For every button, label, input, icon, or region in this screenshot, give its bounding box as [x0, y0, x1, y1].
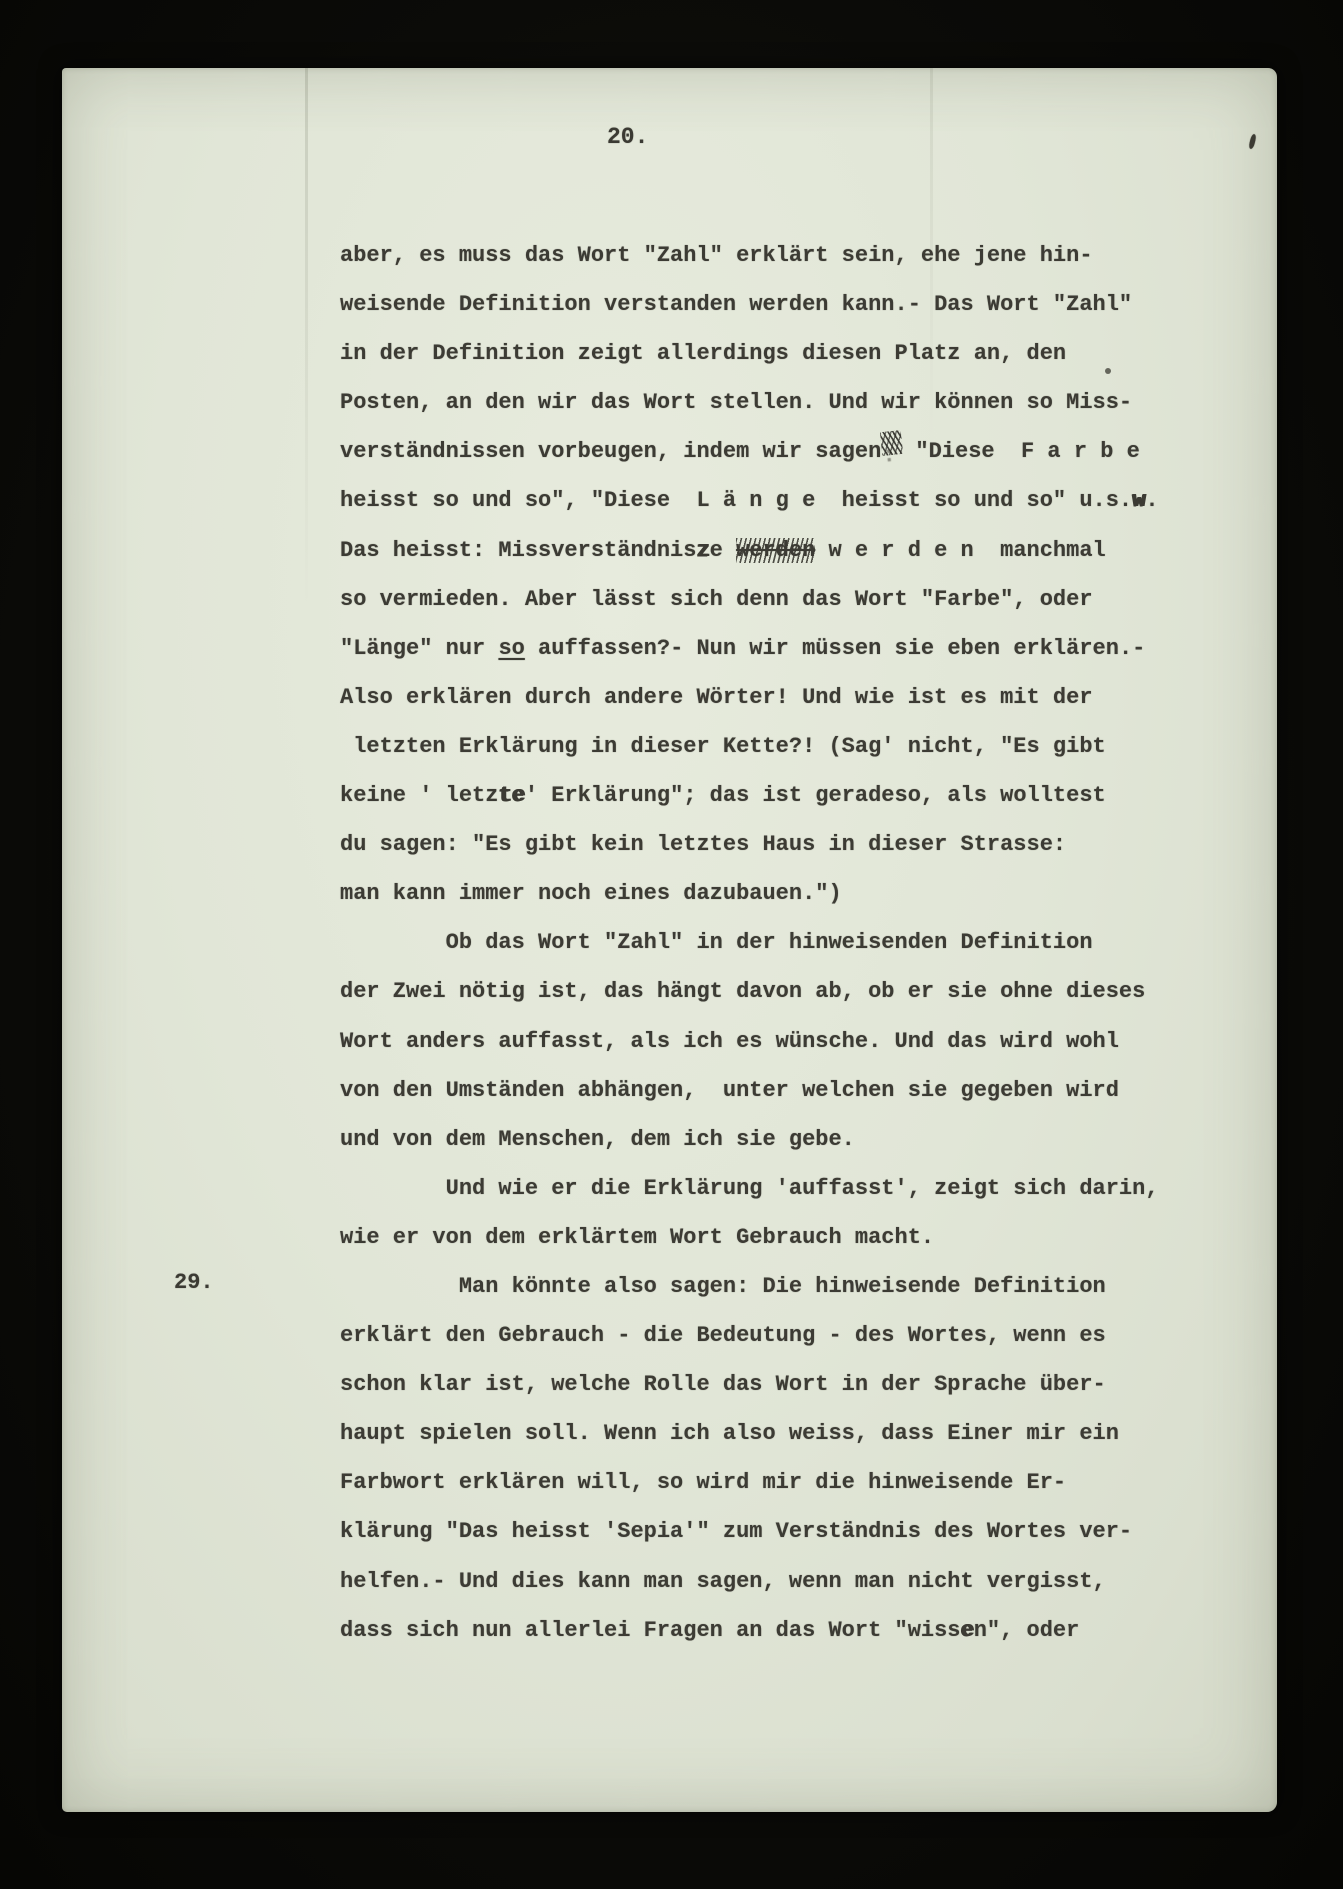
text-segment: w e r d e n manchmal [815, 538, 1105, 563]
text-line: haupt spielen soll. Wenn ich also weiss,… [340, 1409, 1200, 1458]
text-line: aber, es muss das Wort "Zahl" erklärt se… [340, 231, 1200, 280]
typewritten-text-block: aber, es muss das Wort "Zahl" erklärt se… [340, 231, 1200, 1655]
text-line: in der Definition zeigt allerdings diese… [340, 329, 1200, 378]
text-segment: auffassen?- Nun wir müssen sie eben erkl… [525, 636, 1146, 661]
text-segment: Posten, an den wir das Wort stellen. Und… [340, 390, 1132, 415]
text-segment: dass sich nun allerlei Fragen an das Wor… [340, 1618, 961, 1643]
text-segment: n", oder [974, 1618, 1080, 1643]
text-line: Ob das Wort "Zahl" in der hinweisenden D… [340, 918, 1200, 967]
text-line: keine ' letzte' Erklärung"; das ist gera… [340, 771, 1200, 820]
text-line: erklärt den Gebrauch - die Bedeutung - d… [340, 1311, 1200, 1360]
text-segment: schon klar ist, welche Rolle das Wort in… [340, 1372, 1106, 1397]
text-segment: der Zwei nötig ist, das hängt davon ab, … [340, 979, 1145, 1004]
text-segment: ' Erklärung"; das ist geradeso, als woll… [525, 783, 1106, 808]
text-segment: "Diese F a r b e [902, 439, 1140, 464]
text-line: heisst so und so", "Diese L ä n g e heis… [340, 476, 1200, 525]
text-line: weisende Definition verstanden werden ka… [340, 280, 1200, 329]
text-segment: e [710, 538, 736, 563]
text-segment: w [1132, 488, 1145, 513]
page-number: 20. [607, 124, 648, 150]
margin-section-number: 29. [174, 1270, 214, 1295]
text-segment: keine ' letz [340, 783, 498, 808]
text-line: von den Umständen abhängen, unter welche… [340, 1066, 1200, 1115]
text-segment: Farbwort erklären will, so wird mir die … [340, 1470, 1066, 1495]
text-line: Und wie er die Erklärung 'auffasst', zei… [340, 1164, 1200, 1213]
text-segment: Ob das Wort "Zahl" in der hinweisenden D… [340, 930, 1093, 955]
struck-out-word: werden [736, 538, 815, 563]
text-segment: . [1145, 488, 1158, 513]
text-line: schon klar ist, welche Rolle das Wort in… [340, 1360, 1200, 1409]
text-segment: so vermieden. Aber lässt sich denn das W… [340, 587, 1093, 612]
text-segment: erklärt den Gebrauch - die Bedeutung - d… [340, 1323, 1106, 1348]
text-segment: du sagen: "Es gibt kein letztes Haus in … [340, 832, 1066, 857]
text-segment: aber, es muss das Wort "Zahl" erklärt se… [340, 243, 1093, 268]
text-line: Wort anders auffasst, als ich es wünsche… [340, 1017, 1200, 1066]
text-segment: in der Definition zeigt allerdings diese… [340, 341, 1066, 366]
text-segment: helfen.- Und dies kann man sagen, wenn m… [340, 1569, 1106, 1594]
text-segment: und von dem Menschen, dem ich sie gebe. [340, 1127, 855, 1152]
text-segment: verständnissen vorbeugen, indem wir sage… [340, 439, 881, 464]
text-segment: man kann immer noch eines dazubauen.") [340, 881, 842, 906]
text-segment: Also erklären durch andere Wörter! Und w… [340, 685, 1093, 710]
scribbled-out-character: : [880, 430, 903, 456]
text-segment: letzten Erklärung in dieser Kette?! (Sag… [340, 734, 1106, 759]
text-segment: e [961, 1618, 974, 1643]
text-line: wie er von dem erklärtem Wort Gebrauch m… [340, 1213, 1200, 1262]
text-line: Farbwort erklären will, so wird mir die … [340, 1458, 1200, 1507]
text-line: Man könnte also sagen: Die hinweisende D… [340, 1262, 1200, 1311]
text-line: der Zwei nötig ist, das hängt davon ab, … [340, 967, 1200, 1016]
text-segment: Das heisst: Missverständnis [340, 538, 696, 563]
text-line: klärung "Das heisst 'Sepia'" zum Verstän… [340, 1507, 1200, 1556]
text-segment: heisst so und so", "Diese L ä n g e heis… [340, 488, 1132, 513]
text-line: helfen.- Und dies kann man sagen, wenn m… [340, 1557, 1200, 1606]
photo-background: { "photo": { "background_color": "#0b0b0… [0, 0, 1343, 1889]
text-line: und von dem Menschen, dem ich sie gebe. [340, 1115, 1200, 1164]
text-line: dass sich nun allerlei Fragen an das Wor… [340, 1606, 1200, 1655]
text-segment: z [696, 538, 709, 563]
text-line: Posten, an den wir das Wort stellen. Und… [340, 378, 1200, 427]
paper-crease [305, 68, 308, 608]
text-line: "Länge" nur so auffassen?- Nun wir müsse… [340, 624, 1200, 673]
text-segment: Man könnte also sagen: Die hinweisende D… [340, 1274, 1106, 1299]
text-line: du sagen: "Es gibt kein letztes Haus in … [340, 820, 1200, 869]
text-segment: wie er von dem erklärtem Wort Gebrauch m… [340, 1225, 934, 1250]
text-segment: klärung "Das heisst 'Sepia'" zum Verstän… [340, 1519, 1132, 1544]
manuscript-page: 20. 29. aber, es muss das Wort "Zahl" er… [62, 68, 1277, 1812]
text-segment: von den Umständen abhängen, unter welche… [340, 1078, 1119, 1103]
text-line: letzten Erklärung in dieser Kette?! (Sag… [340, 722, 1200, 771]
ink-speck [1248, 134, 1256, 150]
text-segment: "Länge" nur [340, 636, 498, 661]
text-segment: Und wie er die Erklärung 'auffasst', zei… [340, 1176, 1159, 1201]
text-line: man kann immer noch eines dazubauen.") [340, 869, 1200, 918]
text-line: Also erklären durch andere Wörter! Und w… [340, 673, 1200, 722]
text-line: so vermieden. Aber lässt sich denn das W… [340, 575, 1200, 624]
text-line: verständnissen vorbeugen, indem wir sage… [340, 427, 1200, 476]
text-segment: Wort anders auffasst, als ich es wünsche… [340, 1029, 1119, 1054]
text-segment: te [498, 783, 524, 808]
text-segment: weisende Definition verstanden werden ka… [340, 292, 1132, 317]
text-segment: haupt spielen soll. Wenn ich also weiss,… [340, 1421, 1119, 1446]
text-line: Das heisst: Missverständnisze werden w e… [340, 526, 1200, 575]
text-segment: so [498, 636, 524, 661]
